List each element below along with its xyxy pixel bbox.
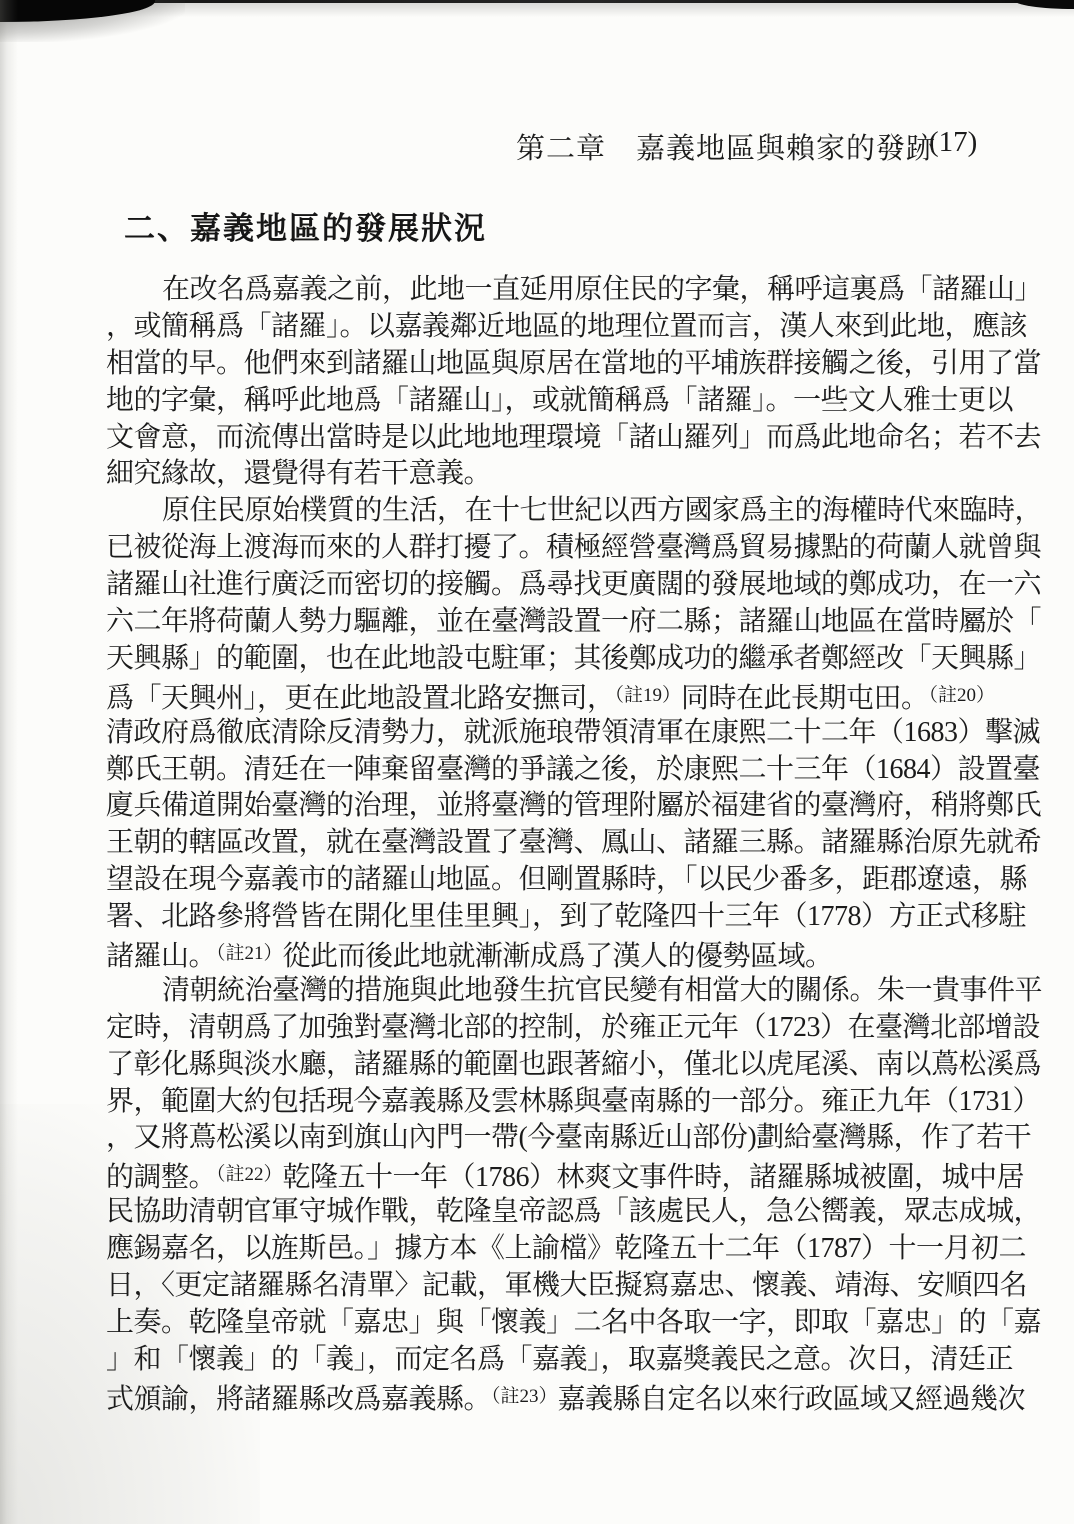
body-text-run: 署、北路參將營皆在開化里佳里興」，到了乾隆四十三年（1778）方正式移駐 (106, 901, 1026, 932)
body-line: 諸羅山社進行廣泛而密切的接觸。爲尋找更廣闊的發展地域的鄭成功，在一六 (106, 567, 1058, 604)
body-text-run: 天興縣」的範圍，也在此地設屯駐軍；其後鄭成功的繼承者鄭經改「天興縣」 (106, 643, 1041, 674)
body-line: 界，範圍大約包括現今嘉義縣及雲林縣與臺南縣的一部分。雍正九年（1731） (106, 1084, 1058, 1121)
body-line: 廈兵備道開始臺灣的治理，並將臺灣的管理附屬於福建省的臺灣府，稍將鄭氏 (106, 788, 1058, 825)
body-text-run: 已被從海上渡海而來的人群打擾了。積極經營臺灣爲貿易據點的荷蘭人就曾與 (106, 532, 1041, 563)
body-line: ，又將蔦松溪以南到旗山內門一帶(今臺南縣近山部份)劃給臺灣縣，作了若干 (106, 1120, 1058, 1157)
body-text-run: 地的字彙，稱呼此地爲「諸羅山」，或就簡稱爲「諸羅」。一些文人雅士更以 (106, 385, 1013, 416)
body-text-run: 民協助清朝官軍守城作戰，乾隆皇帝認爲「該處民人，急公嚮義，眾志成城， (106, 1196, 1041, 1227)
body-line: 定時，清朝爲了加強對臺灣北部的控制，於雍正元年（1723）在臺灣北部增設 (106, 1010, 1058, 1047)
body-text-run: 定時，清朝爲了加強對臺灣北部的控制，於雍正元年（1723）在臺灣北部增設 (106, 1012, 1040, 1043)
body-text-run: 在改名爲嘉義之前，此地一直延用原住民的字彙，稱呼這裏爲「諸羅山」 (162, 274, 1042, 305)
page-number: (17) (929, 126, 977, 159)
body-text-run: 日，〈更定諸羅縣名清單〉記載，軍機大臣擬寫嘉忠、懷義、靖海、安順四名 (106, 1270, 1027, 1301)
body-line: 天興縣」的範圍，也在此地設屯駐軍；其後鄭成功的繼承者鄭經改「天興縣」 (106, 641, 1058, 678)
body-text-run: 」和「懷義」的「義」，而定名爲「嘉義」，取嘉獎義民之意。次日，清廷正 (106, 1344, 1013, 1375)
body-text-run: 從此而後此地就漸漸成爲了漢人的優勢區域。 (283, 941, 833, 972)
body-text-run: 了彰化縣與淡水廳，諸羅縣的範圍也跟著縮小，僅北以虎尾溪、南以蔦松溪爲 (106, 1049, 1041, 1080)
body-text-run: 界，範圍大約包括現今嘉義縣及雲林縣與臺南縣的一部分。雍正九年（1731） (106, 1086, 1040, 1117)
body-line: 六二年將荷蘭人勢力驅離，並在臺灣設置一府二縣；諸羅山地區在當時屬於「 (106, 604, 1058, 641)
body-text-run: 嘉義縣自定名以來行政區域又經過幾次 (558, 1384, 1026, 1415)
body-text-run: 應錫嘉名，以旌斯邑。」據方本《上諭檔》乾隆五十二年（1787）十一月初二 (106, 1233, 1026, 1264)
body-text-run: ，又將蔦松溪以南到旗山內門一帶(今臺南縣近山部份)劃給臺灣縣，作了若干 (106, 1122, 1031, 1153)
body-line: 爲「天興州」，更在此地設置北路安撫司，（註19）同時在此長期屯田。（註20） (106, 678, 1058, 715)
body-text-run: 上奏。乾隆皇帝就「嘉忠」與「懷義」二名中各取一字，即取「嘉忠」的「嘉 (106, 1307, 1041, 1338)
body-line: 地的字彙，稱呼此地爲「諸羅山」，或就簡稱爲「諸羅」。一些文人雅士更以 (106, 383, 1058, 420)
body-text: 在改名爲嘉義之前，此地一直延用原住民的字彙，稱呼這裏爲「諸羅山」，或簡稱爲「諸羅… (106, 272, 1058, 1416)
body-text-run: 乾隆五十一年（1786）林爽文事件時，諸羅縣城被圍，城中居 (283, 1162, 1025, 1193)
running-header: 第二章 嘉義地區與賴家的發跡 (17) (0, 126, 1074, 168)
body-text-run: 六二年將荷蘭人勢力驅離，並在臺灣設置一府二縣；諸羅山地區在當時屬於「 (106, 606, 1041, 637)
body-text-run: 王朝的轄區改置，就在臺灣設置了臺灣、鳳山、諸羅三縣。諸羅縣治原先就希 (106, 827, 1041, 858)
footnote-marker: （註20） (929, 685, 996, 706)
body-line: 了彰化縣與淡水廳，諸羅縣的範圍也跟著縮小，僅北以虎尾溪、南以蔦松溪爲 (106, 1047, 1058, 1084)
body-line: 的調整。（註22）乾隆五十一年（1786）林爽文事件時，諸羅縣城被圍，城中居 (106, 1157, 1058, 1194)
body-line: 望設在現今嘉義市的諸羅山地區。但剛置縣時，「以民少番多，距郡遼遠，縣 (106, 862, 1058, 899)
body-text-run: 清政府爲徹底清除反清勢力，就派施琅帶領清軍在康熙二十二年（1683）擊滅 (106, 717, 1040, 748)
chapter-title: 第二章 嘉義地區與賴家的發跡 (516, 126, 936, 167)
body-text-run: 式頒諭，將諸羅縣改爲嘉義縣。 (106, 1384, 491, 1415)
body-text-run: 望設在現今嘉義市的諸羅山地區。但剛置縣時，「以民少番多，距郡遼遠，縣 (106, 864, 1027, 895)
body-line: 式頒諭，將諸羅縣改爲嘉義縣。（註23）嘉義縣自定名以來行政區域又經過幾次 (106, 1379, 1058, 1416)
body-text-run: 的調整。 (106, 1162, 216, 1193)
body-line: 日，〈更定諸羅縣名清單〉記載，軍機大臣擬寫嘉忠、懷義、靖海、安順四名 (106, 1268, 1058, 1305)
body-line: 清政府爲徹底清除反清勢力，就派施琅帶領清軍在康熙二十二年（1683）擊滅 (106, 715, 1058, 752)
body-text-run: 諸羅山社進行廣泛而密切的接觸。爲尋找更廣闊的發展地域的鄭成功，在一六 (106, 569, 1041, 600)
section-heading: 二、嘉義地區的發展狀況 (124, 203, 487, 248)
footnote-marker: （註21） (216, 943, 283, 964)
body-line: 民協助清朝官軍守城作戰，乾隆皇帝認爲「該處民人，急公嚮義，眾志成城， (106, 1194, 1058, 1231)
body-line: 在改名爲嘉義之前，此地一直延用原住民的字彙，稱呼這裏爲「諸羅山」 (106, 272, 1058, 309)
body-line: 相當的早。他們來到諸羅山地區與原居在當地的平埔族群接觸之後，引用了當 (106, 346, 1058, 383)
body-text-run: 諸羅山。 (106, 941, 216, 972)
body-text-run: 清朝統治臺灣的措施與此地發生抗官民變有相當大的關係。朱一貴事件平 (162, 975, 1042, 1006)
body-text-run: 細究緣故，還覺得有若干意義。 (106, 458, 491, 489)
footnote-marker: （註23） (491, 1386, 558, 1407)
body-line: 已被從海上渡海而來的人群打擾了。積極經營臺灣爲貿易據點的荷蘭人就曾與 (106, 530, 1058, 567)
body-text-run: 相當的早。他們來到諸羅山地區與原居在當地的平埔族群接觸之後，引用了當 (106, 348, 1041, 379)
body-line: 上奏。乾隆皇帝就「嘉忠」與「懷義」二名中各取一字，即取「嘉忠」的「嘉 (106, 1305, 1058, 1342)
body-text-run: ，或簡稱爲「諸羅」。以嘉義鄰近地區的地理位置而言，漢人來到此地，應該 (106, 311, 1027, 342)
body-line: 原住民原始樸質的生活，在十七世紀以西方國家爲主的海權時代來臨時， (106, 493, 1058, 530)
footnote-marker: （註19） (615, 685, 682, 706)
body-line: 」和「懷義」的「義」，而定名爲「嘉義」，取嘉獎義民之意。次日，清廷正 (106, 1342, 1058, 1379)
body-line: 署、北路參將營皆在開化里佳里興」，到了乾隆四十三年（1778）方正式移駐 (106, 899, 1058, 936)
body-text-run: 文會意，而流傳出當時是以此地地理環境「諸山羅列」而爲此地命名；若不去 (106, 422, 1041, 453)
body-text-run: 鄭氏王朝。清廷在一陣棄留臺灣的爭議之後，於康熙二十三年（1684）設置臺 (106, 754, 1040, 785)
body-line: 文會意，而流傳出當時是以此地地理環境「諸山羅列」而爲此地命名；若不去 (106, 420, 1058, 457)
body-text-run: 同時在此長期屯田。 (681, 683, 929, 714)
body-text-run: 爲「天興州」，更在此地設置北路安撫司， (106, 683, 615, 714)
body-line: 細究緣故，還覺得有若干意義。 (106, 456, 1058, 493)
body-line: ，或簡稱爲「諸羅」。以嘉義鄰近地區的地理位置而言，漢人來到此地，應該 (106, 309, 1058, 346)
body-text-run: 原住民原始樸質的生活，在十七世紀以西方國家爲主的海權時代來臨時， (162, 495, 1042, 526)
body-line: 清朝統治臺灣的措施與此地發生抗官民變有相當大的關係。朱一貴事件平 (106, 973, 1058, 1010)
body-line: 王朝的轄區改置，就在臺灣設置了臺灣、鳳山、諸羅三縣。諸羅縣治原先就希 (106, 825, 1058, 862)
body-text-run: 廈兵備道開始臺灣的治理，並將臺灣的管理附屬於福建省的臺灣府，稍將鄭氏 (106, 790, 1041, 821)
body-line: 鄭氏王朝。清廷在一陣棄留臺灣的爭議之後，於康熙二十三年（1684）設置臺 (106, 752, 1058, 789)
scanned-book-page: 第二章 嘉義地區與賴家的發跡 (17) 二、嘉義地區的發展狀況 在改名爲嘉義之前… (0, 0, 1074, 1524)
body-line: 應錫嘉名，以旌斯邑。」據方本《上諭檔》乾隆五十二年（1787）十一月初二 (106, 1231, 1058, 1268)
body-line: 諸羅山。（註21）從此而後此地就漸漸成爲了漢人的優勢區域。 (106, 936, 1058, 973)
footnote-marker: （註22） (216, 1164, 283, 1185)
